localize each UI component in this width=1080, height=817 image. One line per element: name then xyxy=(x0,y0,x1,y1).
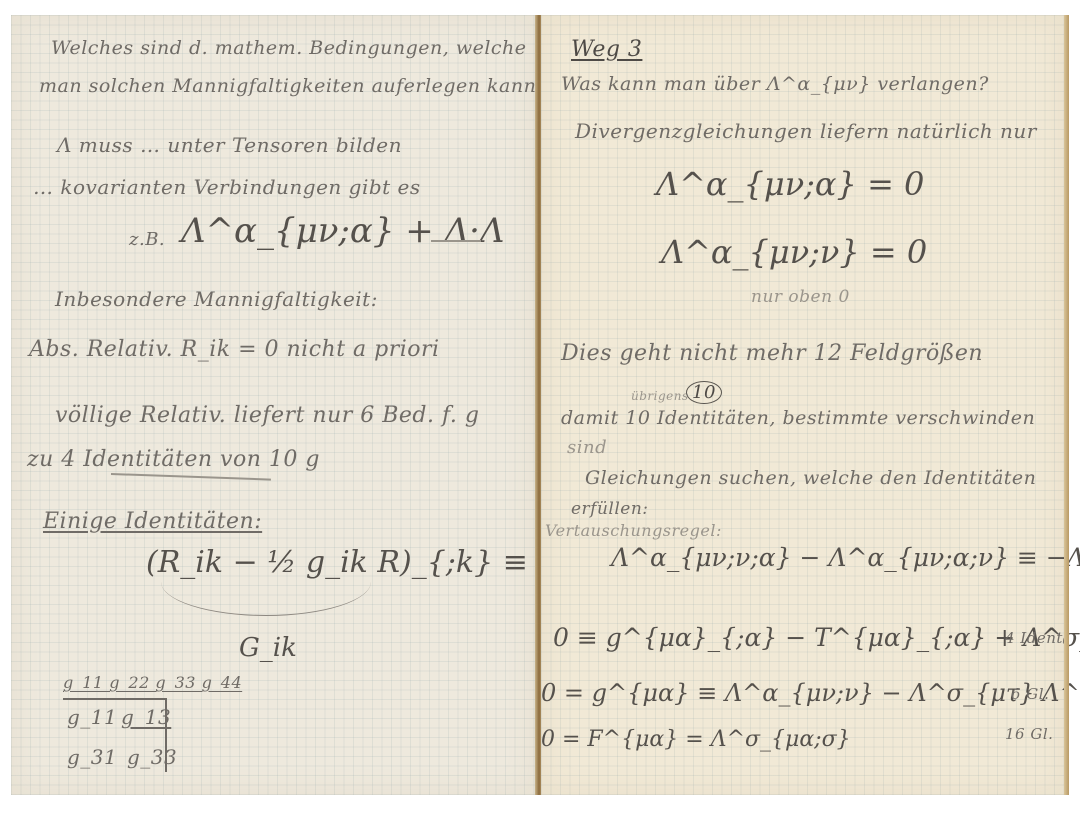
right-line-1: Was kann man über Λ^α_{μν} verlangen? xyxy=(561,73,989,95)
underline-identitaeten xyxy=(111,473,271,480)
right-line-9: Vertauschungsregel: xyxy=(545,521,722,540)
left-line-1: Welches sind d. mathem. Bedingungen, wel… xyxy=(51,37,527,59)
right-line-6: sind xyxy=(567,437,607,458)
eq1-label: z.B. xyxy=(129,229,165,250)
right-line-4: Dies geht nicht mehr 12 Feldgrößen xyxy=(561,341,983,366)
underbrace xyxy=(161,575,371,616)
left-line-3: Λ muss … unter Tensoren bilden xyxy=(57,133,402,157)
right-eq5: 0 = g^{μα} ≡ Λ^α_{μν;ν} − Λ^σ_{μτ} Λ^α_{… xyxy=(541,679,1080,707)
right-eq4: 0 ≡ g^{μα}_{;α} − T^{μα}_{;α} + Λ^σ_{μτ}… xyxy=(553,623,1080,652)
right-eq2: Λ^α_{μν;ν} = 0 xyxy=(661,233,927,271)
left-line-6: Abs. Relativ. R_ik = 0 nicht a priori xyxy=(29,337,440,362)
table-cell: g_31 xyxy=(67,745,117,769)
right-line-7: Gleichungen suchen, welche den Identität… xyxy=(585,467,1036,489)
left-line-9: Einige Identitäten: xyxy=(43,509,262,534)
brace-label-gik: G_ik xyxy=(239,633,297,663)
notebook-spread: Welches sind d. mathem. Bedingungen, wel… xyxy=(11,15,1069,795)
table-cell: g_13 xyxy=(121,705,171,729)
right-page: Weg 3 Was kann man über Λ^α_{μν} verlang… xyxy=(541,15,1064,795)
eq4-note: 4 Ident. xyxy=(1005,629,1068,647)
page-edge xyxy=(1064,15,1069,795)
right-eq3: Λ^α_{μν;ν;α} − Λ^α_{μν;α;ν} ≡ −Λ^α_{μν;σ… xyxy=(611,543,1080,572)
right-eq6: 0 = F^{μα} = Λ^σ_{μα;σ} xyxy=(541,727,851,752)
left-line-2: man solchen Mannigfaltigkeiten auferlege… xyxy=(39,75,536,97)
left-line-8: zu 4 Identitäten von 10 g xyxy=(27,447,320,472)
circled-prefix: übrigens xyxy=(631,389,689,403)
left-eq1: Λ^α_{μν;α} + Λ·Λ xyxy=(181,211,504,251)
right-heading: Weg 3 xyxy=(571,37,642,62)
left-line-7: völlige Relativ. liefert nur 6 Bed. f. g xyxy=(55,403,479,428)
right-line-3: nur oben 0 xyxy=(751,287,850,307)
eq5-note: 6 Gl. xyxy=(1011,685,1049,703)
metric-table-header: g_11 g_22 g_33 g_44 xyxy=(63,673,242,692)
right-line-8: erfüllen: xyxy=(571,499,649,519)
table-cell: g_33 xyxy=(127,745,177,769)
table-top-line xyxy=(63,698,165,700)
dash-mark xyxy=(431,240,481,242)
left-line-4: … kovarianten Verbindungen gibt es xyxy=(33,175,421,199)
circled-number: 10 xyxy=(686,381,722,404)
right-eq1: Λ^α_{μν;α} = 0 xyxy=(656,165,924,203)
table-cell: g_11 xyxy=(67,705,117,729)
eq6-note: 16 Gl. xyxy=(1005,725,1053,743)
left-page: Welches sind d. mathem. Bedingungen, wel… xyxy=(11,15,535,795)
right-line-5: damit 10 Identitäten, bestimmte verschwi… xyxy=(561,407,1035,429)
right-line-2: Divergenzgleichungen liefern natürlich n… xyxy=(575,119,1037,143)
left-line-5: Inbesondere Mannigfaltigkeit: xyxy=(55,287,378,311)
